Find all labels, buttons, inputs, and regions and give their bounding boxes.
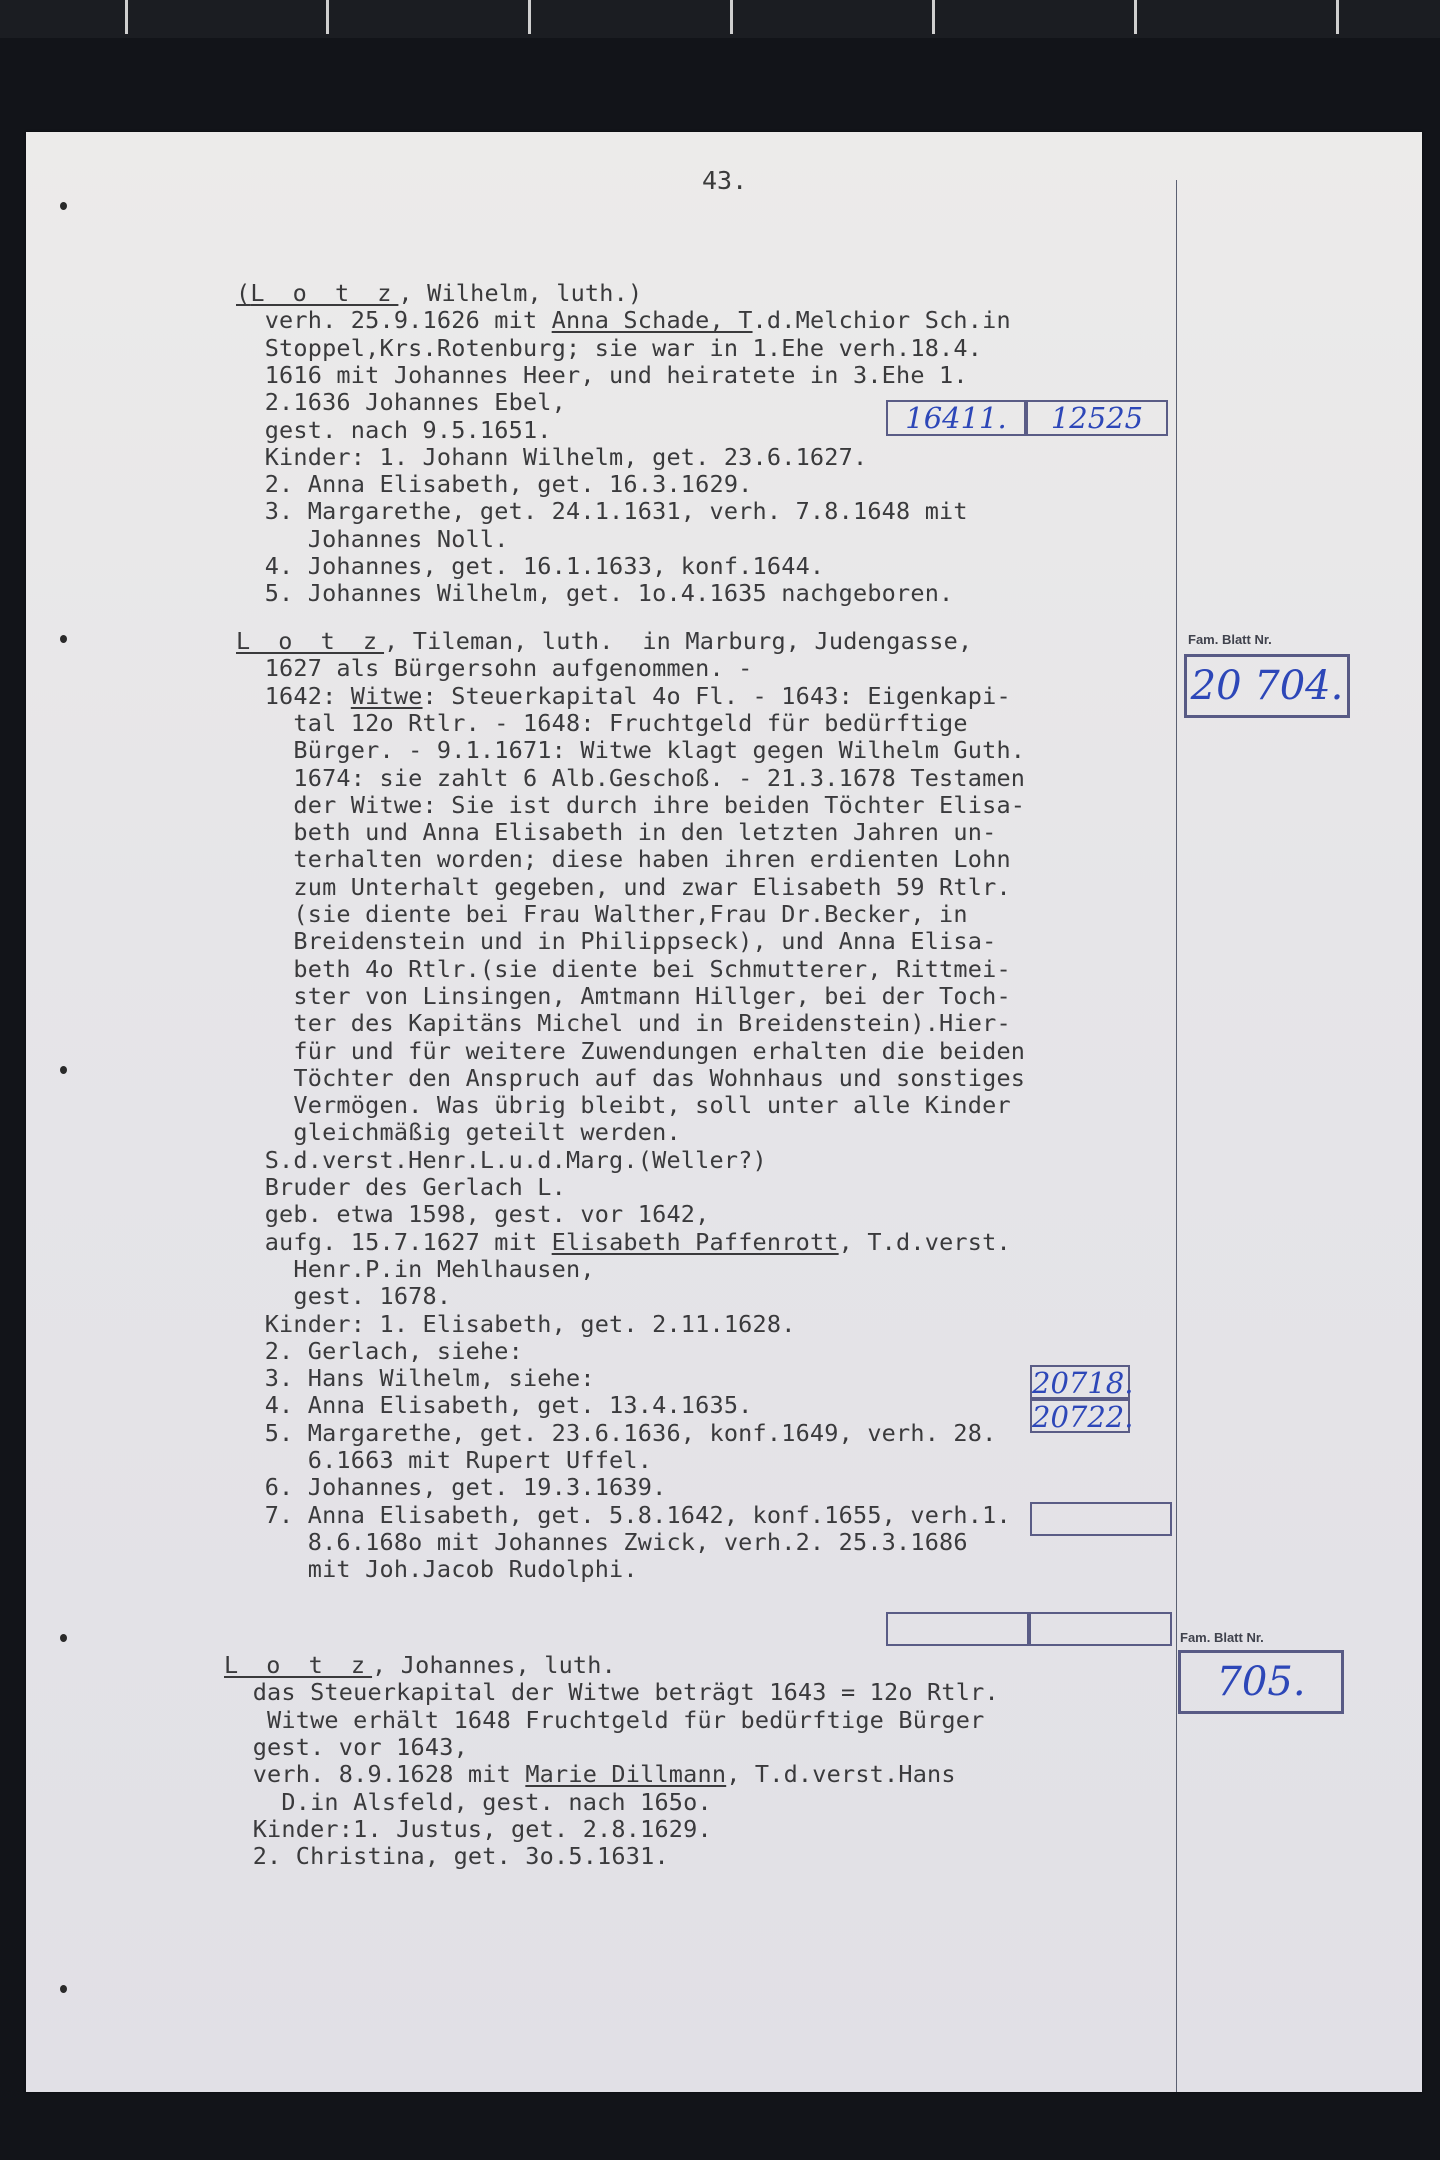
text-span: Kinder: 1. Johann Wilhelm, get. 23.6.162…	[236, 443, 867, 471]
film-tick	[326, 0, 329, 34]
text-span: gest. nach 9.5.1651.	[236, 416, 552, 444]
text-line: 5. Margarethe, get. 23.6.1636, konf.1649…	[236, 1420, 996, 1447]
text-line: verh. 25.9.1626 mit Anna Schade, T.d.Mel…	[236, 307, 1011, 334]
text-span: , Tileman, luth. in Marburg, Judengasse,	[384, 627, 972, 655]
text-line: (sie diente bei Frau Walther,Frau Dr.Bec…	[236, 901, 968, 928]
punch-hole	[60, 1985, 67, 1993]
text-span: Breidenstein und in Philippseck), und An…	[236, 927, 996, 955]
fam-blatt-label: Fam. Blatt Nr.	[1180, 1630, 1264, 1645]
text-line: 7. Anna Elisabeth, get. 5.8.1642, konf.1…	[236, 1502, 1011, 1529]
text-span: , Wilhelm, luth.)	[398, 279, 642, 307]
text-line: (L o t z, Wilhelm, luth.)	[236, 280, 642, 307]
text-line: 1627 als Bürgersohn aufgenommen. -	[236, 655, 753, 682]
text-line: 2.1636 Johannes Ebel,	[236, 389, 566, 416]
reference-box: 16411.	[886, 400, 1026, 436]
text-span: tal 12o Rtlr. - 1648: Fruchtgeld für bed…	[236, 709, 968, 737]
text-span: 2. Anna Elisabeth, get. 16.3.1629.	[236, 470, 753, 498]
surname: L o t z	[250, 279, 398, 307]
text-span: gleichmäßig geteilt werden.	[236, 1118, 681, 1146]
text-span: beth 4o Rtlr.(sie diente bei Schmutterer…	[236, 955, 1011, 983]
text-span: Vermögen. Was übrig bleibt, soll unter a…	[236, 1091, 1011, 1119]
reference-box-empty	[1029, 1612, 1172, 1646]
text-line: 4. Johannes, get. 16.1.1633, konf.1644.	[236, 553, 824, 580]
text-span: gest. vor 1643,	[224, 1733, 468, 1761]
text-span: zum Unterhalt gegeben, und zwar Elisabet…	[236, 873, 1011, 901]
reference-box-hans-wilhelm: 20722.	[1030, 1399, 1130, 1433]
reference-box-empty	[886, 1612, 1029, 1646]
text-line: 3. Margarethe, get. 24.1.1631, verh. 7.8…	[236, 498, 968, 525]
underlined-name: Witwe	[351, 682, 423, 710]
text-line: mit Joh.Jacob Rudolphi.	[236, 1556, 638, 1583]
text-span: das Steuerkapital der Witwe beträgt 1643…	[224, 1678, 999, 1706]
text-line: Vermögen. Was übrig bleibt, soll unter a…	[236, 1092, 1011, 1119]
text-line: aufg. 15.7.1627 mit Elisabeth Paffenrott…	[236, 1229, 1011, 1256]
text-line: S.d.verst.Henr.L.u.d.Marg.(Weller?)	[236, 1147, 767, 1174]
text-line: 2. Christina, get. 3o.5.1631.	[224, 1843, 669, 1870]
margin-rule	[1176, 180, 1177, 2092]
text-line: 4. Anna Elisabeth, get. 13.4.1635.	[236, 1392, 753, 1419]
text-span: Stoppel,Krs.Rotenburg; sie war in 1.Ehe …	[236, 334, 982, 362]
text-line: gest. vor 1643,	[224, 1734, 468, 1761]
text-span: 2. Christina, get. 3o.5.1631.	[224, 1842, 669, 1870]
reference-box: 12525	[1026, 400, 1168, 436]
text-span: 8.6.168o mit Johannes Zwick, verh.2. 25.…	[236, 1528, 968, 1556]
text-line: der Witwe: Sie ist durch ihre beiden Töc…	[236, 792, 1025, 819]
text-line: D.in Alsfeld, gest. nach 165o.	[224, 1789, 712, 1816]
text-span: D.in Alsfeld, gest. nach 165o.	[224, 1788, 712, 1816]
film-tick	[1134, 0, 1137, 34]
film-tick	[730, 0, 733, 34]
text-span: 4. Anna Elisabeth, get. 13.4.1635.	[236, 1391, 753, 1419]
text-span: S.d.verst.Henr.L.u.d.Marg.(Weller?)	[236, 1146, 767, 1174]
text-span: 3. Margarethe, get. 24.1.1631, verh. 7.8…	[236, 497, 968, 525]
text-line: Johannes Noll.	[236, 526, 509, 553]
text-line: 2. Gerlach, siehe:	[236, 1338, 523, 1365]
text-line: beth und Anna Elisabeth in den letzten J…	[236, 819, 996, 846]
fam-blatt-number: 20 704.	[1184, 654, 1350, 718]
text-line: 5. Johannes Wilhelm, get. 1o.4.1635 nach…	[236, 580, 953, 607]
punch-hole	[60, 202, 67, 210]
text-span: , T.d.verst.Hans	[726, 1760, 956, 1788]
text-line: 6.1663 mit Rupert Uffel.	[236, 1447, 652, 1474]
text-span: Henr.P.in Mehlhausen,	[236, 1255, 595, 1283]
text-span: 7. Anna Elisabeth, get. 5.8.1642, konf.1…	[236, 1501, 1011, 1529]
document-page: 43. (L o t z, Wilhelm, luth.) verh. 25.9…	[26, 132, 1422, 2092]
text-span: , Johannes, luth.	[372, 1651, 616, 1679]
text-span: 6.1663 mit Rupert Uffel.	[236, 1446, 652, 1474]
text-span: für und für weitere Zuwendungen erhalten…	[236, 1037, 1025, 1065]
text-line: Kinder: 1. Johann Wilhelm, get. 23.6.162…	[236, 444, 867, 471]
text-span: 2.1636 Johannes Ebel,	[236, 388, 566, 416]
text-line: für und für weitere Zuwendungen erhalten…	[236, 1038, 1025, 1065]
film-tick	[932, 0, 935, 34]
text-span: Kinder:1. Justus, get. 2.8.1629.	[224, 1815, 712, 1843]
text-span: ster von Linsingen, Amtmann Hillger, bei…	[236, 982, 1011, 1010]
text-line: Bürger. - 9.1.1671: Witwe klagt gegen Wi…	[236, 737, 1025, 764]
text-line: L o t z, Tileman, luth. in Marburg, Jude…	[236, 628, 972, 655]
underlined-name: (	[236, 279, 250, 307]
text-span: der Witwe: Sie ist durch ihre beiden Töc…	[236, 791, 1025, 819]
text-span: 1616 mit Johannes Heer, und heiratete in…	[236, 361, 968, 389]
text-line: das Steuerkapital der Witwe beträgt 1643…	[224, 1679, 999, 1706]
text-line: gest. nach 9.5.1651.	[236, 417, 552, 444]
text-line: 1616 mit Johannes Heer, und heiratete in…	[236, 362, 968, 389]
film-tick	[1336, 0, 1339, 34]
text-span: Bürger. - 9.1.1671: Witwe klagt gegen Wi…	[236, 736, 1025, 764]
text-span: , T.d.verst.	[839, 1228, 1011, 1256]
text-span: Töchter den Anspruch auf das Wohnhaus un…	[236, 1064, 1025, 1092]
text-line: L o t z, Johannes, luth.	[224, 1652, 616, 1679]
text-line: ster von Linsingen, Amtmann Hillger, bei…	[236, 983, 1011, 1010]
underlined-name: Marie Dillmann	[525, 1760, 726, 1788]
text-span: Bruder des Gerlach L.	[236, 1173, 566, 1201]
text-span: Kinder: 1. Elisabeth, get. 2.11.1628.	[236, 1310, 796, 1338]
text-span: verh. 8.9.1628 mit	[224, 1760, 525, 1788]
text-line: gest. 1678.	[236, 1283, 451, 1310]
text-span: 4. Johannes, get. 16.1.1633, konf.1644.	[236, 552, 824, 580]
reference-box-empty	[1030, 1502, 1172, 1536]
text-span: (sie diente bei Frau Walther,Frau Dr.Bec…	[236, 900, 968, 928]
text-line: 1674: sie zahlt 6 Alb.Geschoß. - 21.3.16…	[236, 765, 1025, 792]
text-span: 1642:	[236, 682, 351, 710]
film-strip	[0, 0, 1440, 38]
underlined-name: Elisabeth Paffenrott	[552, 1228, 839, 1256]
fam-blatt-number: 705.	[1178, 1650, 1344, 1714]
text-line: Bruder des Gerlach L.	[236, 1174, 566, 1201]
text-line: geb. etwa 1598, gest. vor 1642,	[236, 1201, 710, 1228]
text-line: 1642: Witwe: Steuerkapital 4o Fl. - 1643…	[236, 683, 1011, 710]
text-span: aufg. 15.7.1627 mit	[236, 1228, 552, 1256]
text-span: 5. Margarethe, get. 23.6.1636, konf.1649…	[236, 1419, 996, 1447]
film-tick	[125, 0, 128, 34]
text-span: .d.Melchior Sch.in	[753, 306, 1011, 334]
text-span: verh. 25.9.1626 mit	[236, 306, 552, 334]
punch-hole	[60, 635, 67, 643]
text-line: beth 4o Rtlr.(sie diente bei Schmutterer…	[236, 956, 1011, 983]
text-span: 2. Gerlach, siehe:	[236, 1337, 523, 1365]
text-line: 8.6.168o mit Johannes Zwick, verh.2. 25.…	[236, 1529, 968, 1556]
text-line: terhalten worden; diese haben ihren erdi…	[236, 846, 1011, 873]
text-line: Breidenstein und in Philippseck), und An…	[236, 928, 996, 955]
reference-box-gerlach: 20718.	[1030, 1365, 1130, 1399]
text-span: 6. Johannes, get. 19.3.1639.	[236, 1473, 666, 1501]
text-line: 6. Johannes, get. 19.3.1639.	[236, 1474, 666, 1501]
text-span: beth und Anna Elisabeth in den letzten J…	[236, 818, 996, 846]
text-line: ter des Kapitäns Michel und in Breidenst…	[236, 1010, 1011, 1037]
text-line: verh. 8.9.1628 mit Marie Dillmann, T.d.v…	[224, 1761, 956, 1788]
text-line: Kinder: 1. Elisabeth, get. 2.11.1628.	[236, 1311, 796, 1338]
punch-hole	[60, 1634, 67, 1642]
text-line: 3. Hans Wilhelm, siehe:	[236, 1365, 595, 1392]
underlined-name: Anna Schade, T	[552, 306, 753, 334]
fam-blatt-label: Fam. Blatt Nr.	[1188, 632, 1272, 647]
film-tick	[528, 0, 531, 34]
text-line: Witwe erhält 1648 Fruchtgeld für bedürft…	[224, 1707, 984, 1734]
text-span: Johannes Noll.	[236, 525, 509, 553]
text-line: Henr.P.in Mehlhausen,	[236, 1256, 595, 1283]
text-span: terhalten worden; diese haben ihren erdi…	[236, 845, 1011, 873]
text-line: Töchter den Anspruch auf das Wohnhaus un…	[236, 1065, 1025, 1092]
text-line: Kinder:1. Justus, get. 2.8.1629.	[224, 1816, 712, 1843]
text-line: 2. Anna Elisabeth, get. 16.3.1629.	[236, 471, 753, 498]
text-span: geb. etwa 1598, gest. vor 1642,	[236, 1200, 710, 1228]
punch-hole	[60, 1066, 67, 1074]
text-span: 3. Hans Wilhelm, siehe:	[236, 1364, 595, 1392]
page-number: 43.	[702, 166, 747, 195]
text-span: : Steuerkapital 4o Fl. - 1643: Eigenkapi…	[423, 682, 1011, 710]
text-line: zum Unterhalt gegeben, und zwar Elisabet…	[236, 874, 1011, 901]
text-span: 1674: sie zahlt 6 Alb.Geschoß. - 21.3.16…	[236, 764, 1025, 792]
text-line: gleichmäßig geteilt werden.	[236, 1119, 681, 1146]
text-line: tal 12o Rtlr. - 1648: Fruchtgeld für bed…	[236, 710, 968, 737]
surname: L o t z	[236, 627, 384, 655]
text-span: mit Joh.Jacob Rudolphi.	[236, 1555, 638, 1583]
text-span: Witwe erhält 1648 Fruchtgeld für bedürft…	[224, 1706, 984, 1734]
text-span: 1627 als Bürgersohn aufgenommen. -	[236, 654, 753, 682]
text-span: 5. Johannes Wilhelm, get. 1o.4.1635 nach…	[236, 579, 953, 607]
text-span: gest. 1678.	[236, 1282, 451, 1310]
text-span: ter des Kapitäns Michel und in Breidenst…	[236, 1009, 1011, 1037]
surname: L o t z	[224, 1651, 372, 1679]
text-line: Stoppel,Krs.Rotenburg; sie war in 1.Ehe …	[236, 335, 982, 362]
